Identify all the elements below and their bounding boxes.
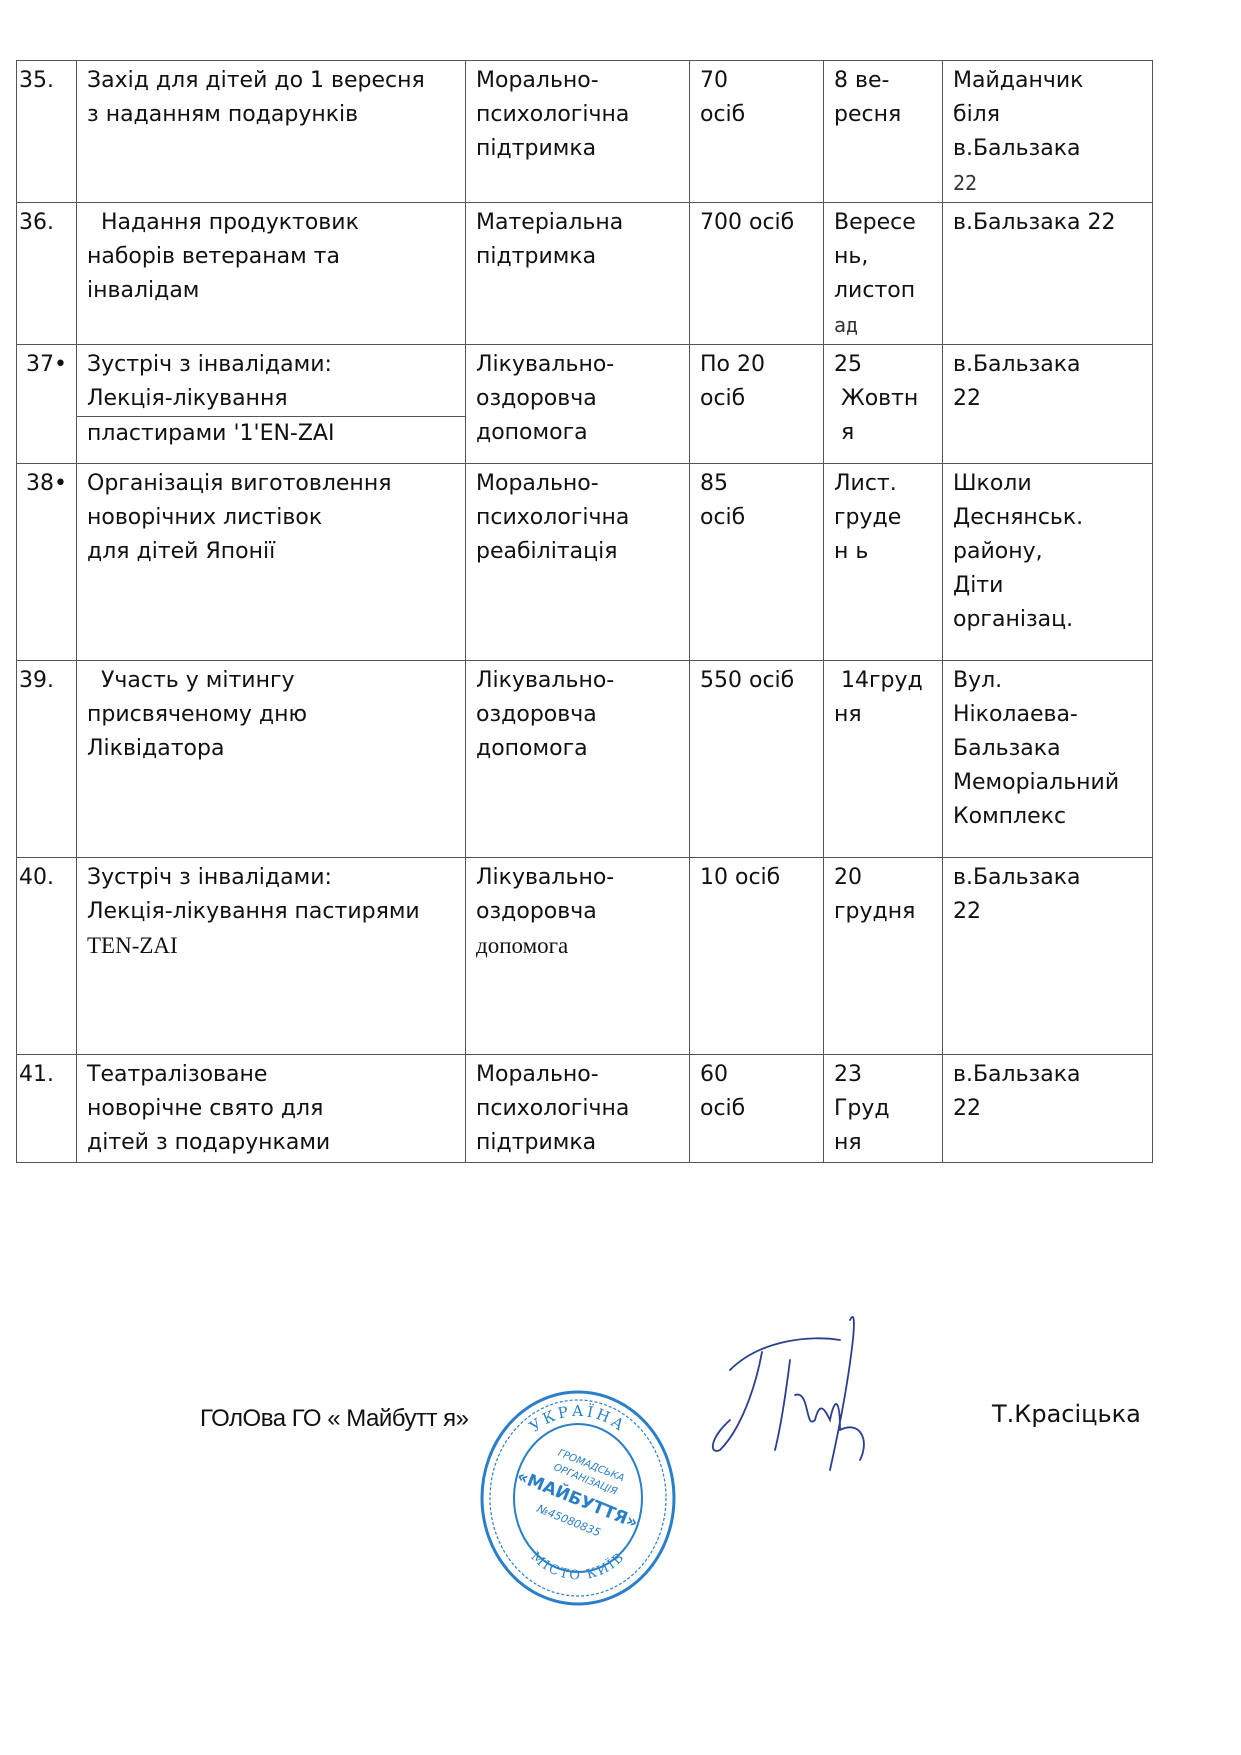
- cell-event: Участь у мітингуприсвяченому днюЛіквідат…: [77, 661, 466, 858]
- event-line: Захід для дітей до 1 вересня: [87, 64, 457, 98]
- table-row: 39. Участь у мітингуприсвяченому днюЛікв…: [17, 661, 1153, 858]
- count-line: осіб: [700, 1092, 815, 1126]
- cell-date: 20грудня: [824, 858, 943, 1055]
- cell-date: Вересень,листопад: [824, 203, 943, 345]
- date-line: 23: [834, 1058, 934, 1092]
- row-number: 38•: [17, 464, 77, 661]
- event-line: Лекція-лікування пастирями: [87, 895, 457, 929]
- type-line: психологічна: [476, 98, 681, 132]
- date-line: 14груд: [834, 664, 934, 698]
- place-line: Бальзака: [953, 732, 1144, 766]
- signatory-position: ГОлОва ГО « Майбутт я»: [200, 1405, 468, 1433]
- table-row: 41.Театралізованеноворічне свято длядіте…: [17, 1055, 1153, 1163]
- table-row: 35.Захід для дітей до 1 вересняз надання…: [17, 61, 1153, 203]
- place-line: в.Бальзака 22: [953, 206, 1144, 240]
- event-line: для дітей Японії: [87, 535, 457, 569]
- date-line: груде: [834, 501, 934, 535]
- place-line: району,: [953, 535, 1144, 569]
- place-line: Деснянськ.: [953, 501, 1144, 535]
- cell-event: Захід для дітей до 1 вересняз наданням п…: [77, 61, 466, 203]
- row-number: 37•: [17, 345, 77, 464]
- type-line: допомога: [476, 732, 681, 766]
- svg-text:УКРАЇНА: УКРАЇНА: [526, 1402, 630, 1436]
- date-line: Груд: [834, 1092, 934, 1126]
- place-line: в.Бальзака: [953, 132, 1144, 166]
- place-line: Діти: [953, 569, 1144, 603]
- row-number: 36.: [17, 203, 77, 345]
- date-line: ресня: [834, 98, 934, 132]
- type-line: психологічна: [476, 501, 681, 535]
- cell-place: ШколиДеснянськ.району,Дітиорганізац.: [943, 464, 1153, 661]
- count-line: 60: [700, 1058, 815, 1092]
- table-row: 38•Організація виготовленняноворічних ли…: [17, 464, 1153, 661]
- date-line: 25: [834, 348, 934, 382]
- date-line: грудня: [834, 895, 934, 929]
- date-line: листоп: [834, 274, 934, 308]
- type-line: підтримка: [476, 240, 681, 274]
- event-line: Зустріч з інвалідами:: [87, 348, 457, 382]
- type-line: психологічна: [476, 1092, 681, 1126]
- row-number: 39.: [17, 661, 77, 858]
- type-line: Лікувально-: [476, 348, 681, 382]
- count-line: осіб: [700, 501, 815, 535]
- cell-place: в.Бальзака22: [943, 1055, 1153, 1163]
- cell-count: 550 осіб: [690, 661, 824, 858]
- count-line: осіб: [700, 98, 815, 132]
- date-line: ня: [834, 1126, 934, 1160]
- place-line: Майданчик: [953, 64, 1144, 98]
- place-line: в.Бальзака: [953, 1058, 1144, 1092]
- date-line: я: [834, 416, 934, 450]
- count-line: 85: [700, 467, 815, 501]
- cell-event: Надання продуктовикнаборів ветеранам таі…: [77, 203, 466, 345]
- place-line: Школи: [953, 467, 1144, 501]
- cell-date: 14грудня: [824, 661, 943, 858]
- event-line: TEN-ZAI: [87, 929, 457, 963]
- type-line: підтримка: [476, 132, 681, 166]
- cell-event: Зустріч з інвалідами:Лекція-лікуванняпла…: [77, 345, 466, 464]
- place-line: в.Бальзака: [953, 348, 1144, 382]
- cell-count: 85осіб: [690, 464, 824, 661]
- cell-place: в.Бальзака22: [943, 345, 1153, 464]
- place-line: Комплекс: [953, 800, 1144, 834]
- cell-date: 23Грудня: [824, 1055, 943, 1163]
- count-line: По 20: [700, 348, 815, 382]
- type-line: оздоровча: [476, 698, 681, 732]
- table-row: 36. Надання продуктовикнаборів ветеранам…: [17, 203, 1153, 345]
- cell-count: По 20осіб: [690, 345, 824, 464]
- type-line: допомога: [476, 929, 681, 963]
- date-line: нь,: [834, 240, 934, 274]
- place-line: в.Бальзака: [953, 861, 1144, 895]
- type-line: Морально-: [476, 64, 681, 98]
- event-line: Участь у мітингу: [87, 664, 457, 698]
- cell-date: Лист.груден ь: [824, 464, 943, 661]
- cell-count: 70осіб: [690, 61, 824, 203]
- type-line: оздоровча: [476, 382, 681, 416]
- cell-place: Вул.Ніколаева-БальзакаМеморіальнийКомпле…: [943, 661, 1153, 858]
- event-line: дітей з подарунками: [87, 1126, 457, 1160]
- stamp-top-text: УКРАЇНА: [526, 1402, 630, 1436]
- date-line: Вересе: [834, 206, 934, 240]
- place-line: організац.: [953, 603, 1144, 637]
- handwritten-signature: [700, 1300, 900, 1490]
- count-line: 700 осіб: [700, 206, 815, 240]
- cell-place: в.Бальзака 22: [943, 203, 1153, 345]
- type-line: реабілітація: [476, 535, 681, 569]
- cell-event: Театралізованеноворічне свято длядітей з…: [77, 1055, 466, 1163]
- row-number: 35.: [17, 61, 77, 203]
- table-row: 40.Зустріч з інвалідами:Лекція-лікування…: [17, 858, 1153, 1055]
- type-line: оздоровча: [476, 895, 681, 929]
- cell-date: 25 Жовтн я: [824, 345, 943, 464]
- cell-event: Зустріч з інвалідами:Лекція-лікування па…: [77, 858, 466, 1055]
- event-line: інвалідам: [87, 274, 457, 308]
- type-line: Лікувально-: [476, 664, 681, 698]
- place-line: біля: [953, 98, 1144, 132]
- type-line: Матеріальна: [476, 206, 681, 240]
- place-line: Вул.: [953, 664, 1144, 698]
- svg-text:МІСТО КИЇВ: МІСТО КИЇВ: [528, 1549, 629, 1583]
- cell-type: Лікувально-оздоровчадопомога: [466, 345, 690, 464]
- event-line: Ліквідатора: [87, 732, 457, 766]
- place-line: 22: [953, 895, 1144, 929]
- activities-table: 35.Захід для дітей до 1 вересняз надання…: [16, 60, 1153, 1163]
- place-line: Меморіальний: [953, 766, 1144, 800]
- place-line: 22: [953, 166, 1144, 200]
- event-line: новорічне свято для: [87, 1092, 457, 1126]
- cell-place: Майданчикбіляв.Бальзака22: [943, 61, 1153, 203]
- event-line: Надання продуктовик: [87, 206, 457, 240]
- cell-count: 700 осіб: [690, 203, 824, 345]
- type-line: Морально-: [476, 1058, 681, 1092]
- place-line: 22: [953, 1092, 1144, 1126]
- count-line: осіб: [700, 382, 815, 416]
- table-row: 37•Зустріч з інвалідами:Лекція-лікування…: [17, 345, 1153, 464]
- type-line: Морально-: [476, 467, 681, 501]
- type-line: допомога: [476, 416, 681, 450]
- event-line: Зустріч з інвалідами:: [87, 861, 457, 895]
- event-line: наборів ветеранам та: [87, 240, 457, 274]
- cell-date: 8 ве-ресня: [824, 61, 943, 203]
- date-line: ад: [834, 308, 934, 342]
- event-line: новорічних листівок: [87, 501, 457, 535]
- event-line: пластирами '1'EN-ZAI: [77, 416, 465, 451]
- date-line: ня: [834, 698, 934, 732]
- cell-type: Лікувально-оздоровчадопомога: [466, 858, 690, 1055]
- date-line: Лист.: [834, 467, 934, 501]
- cell-type: Морально-психологічнапідтримка: [466, 61, 690, 203]
- date-line: 20: [834, 861, 934, 895]
- cell-type: Морально-психологічнареабілітація: [466, 464, 690, 661]
- cell-count: 10 осіб: [690, 858, 824, 1055]
- row-number: 41.: [17, 1055, 77, 1163]
- count-line: 550 осіб: [700, 664, 815, 698]
- signatory-name: Т.Красіцька: [992, 1400, 1141, 1428]
- row-number: 40.: [17, 858, 77, 1055]
- place-line: 22: [953, 382, 1144, 416]
- event-line: присвяченому дню: [87, 698, 457, 732]
- place-line: Ніколаева-: [953, 698, 1144, 732]
- date-line: Жовтн: [834, 382, 934, 416]
- cell-type: Морально-психологічнапідтримка: [466, 1055, 690, 1163]
- cell-type: Лікувально-оздоровчадопомога: [466, 661, 690, 858]
- event-line: Театралізоване: [87, 1058, 457, 1092]
- cell-place: в.Бальзака22: [943, 858, 1153, 1055]
- cell-count: 60осіб: [690, 1055, 824, 1163]
- date-line: н ь: [834, 535, 934, 569]
- organization-stamp: УКРАЇНА МІСТО КИЇВ ГРОМАДСЬКА ОРГАНІЗАЦІ…: [478, 1388, 678, 1608]
- stamp-bottom-text: МІСТО КИЇВ: [528, 1549, 629, 1583]
- count-line: 70: [700, 64, 815, 98]
- count-line: 10 осіб: [700, 861, 815, 895]
- cell-type: Матеріальнапідтримка: [466, 203, 690, 345]
- event-line: Лекція-лікування: [87, 382, 457, 416]
- event-line: Організація виготовлення: [87, 467, 457, 501]
- type-line: підтримка: [476, 1126, 681, 1160]
- cell-event: Організація виготовленняноворічних листі…: [77, 464, 466, 661]
- type-line: Лікувально-: [476, 861, 681, 895]
- event-line: з наданням подарунків: [87, 98, 457, 132]
- date-line: 8 ве-: [834, 64, 934, 98]
